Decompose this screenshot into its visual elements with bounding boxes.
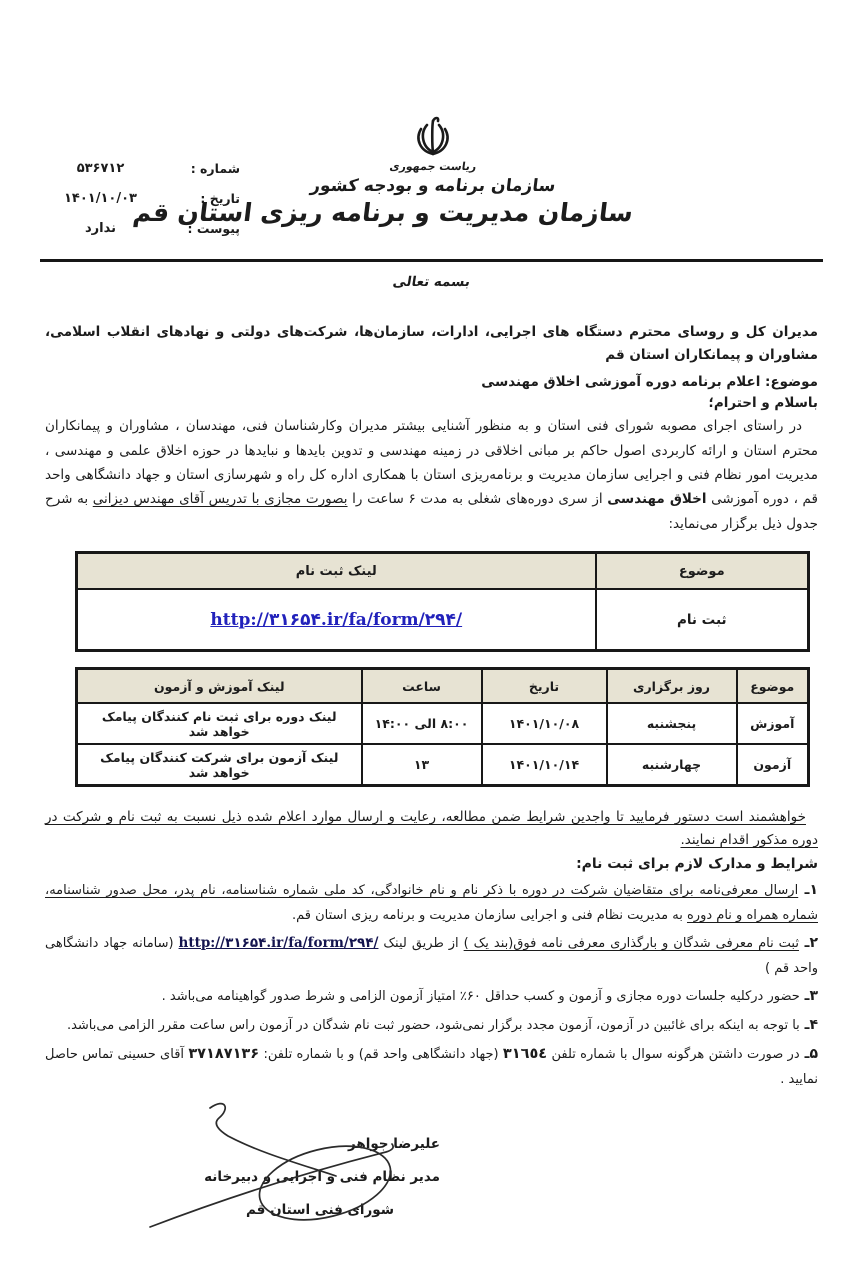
exam-subject: آزمون (737, 744, 809, 785)
col-header-day: روز برگزاری (607, 668, 737, 703)
item1-number: ۱ـ (798, 882, 818, 898)
item2-mid: از طریق لینک (378, 936, 463, 951)
item3-number: ۳ـ (800, 988, 818, 1004)
registration-link-cell: http://۳۱۶۵۴.ir/fa/form/۲۹۴/ (77, 589, 596, 650)
request-paragraph: خواهشمند است دستور فرمایید تا واجدین شرا… (45, 806, 818, 852)
letter-body: مدیران کل و روسای محترم دستگاه های اجرای… (45, 321, 818, 1095)
col-header-date: تاریخ (482, 668, 607, 703)
signature-block: علیرضا جواهر مدیر نظام فنی و اجرایی و دب… (150, 1128, 440, 1227)
signer-title-line2: شورای فنی استان قم (150, 1194, 440, 1227)
registration-subject-cell: ثبت نام (596, 589, 809, 650)
schedule-header-row: موضوع روز برگزاری تاریخ ساعت لینک آموزش … (77, 668, 809, 703)
exam-time: ۱۳ (362, 744, 482, 785)
recipient-line: مدیران کل و روسای محترم دستگاه های اجرای… (45, 321, 818, 367)
requirement-item-2: ۲ـ ثبت نام معرفی شدگان و بارگذاری معرفی … (45, 931, 818, 981)
col-header-subject: موضوع (596, 552, 809, 589)
body-mid: از سری دوره‌های شغلی به مدت ۶ ساعت را (348, 491, 608, 507)
item2-number: ۲ـ (799, 935, 818, 951)
schedule-row-training: آموزش پنجشنبه ۱۴۰۱/۱۰/۰۸ ۸:۰۰ الی ۱۴:۰۰ … (77, 703, 809, 744)
item5-phone-hosseini: ۳۷۱۸۷۱۳۶ (188, 1046, 259, 1062)
col-header-subject: موضوع (737, 668, 809, 703)
registration-header-row: موضوع لینک ثبت نام (77, 552, 809, 589)
subject-course-name: اخلاق مهندسی (481, 374, 580, 390)
schedule-table: موضوع روز برگزاری تاریخ ساعت لینک آموزش … (75, 667, 810, 787)
training-subject: آموزش (737, 703, 809, 744)
number-value: ۵۳۶۷۱۲ (48, 161, 153, 176)
signer-name: علیرضا جواهر (150, 1128, 440, 1161)
registration-data-row: ثبت نام http://۳۱۶۵۴.ir/fa/form/۲۹۴/ (77, 589, 809, 650)
signer-title-line1: مدیر نظام فنی و اجرایی و دبیرخانه (150, 1161, 440, 1194)
col-header-registration-link: لینک ثبت نام (77, 552, 596, 589)
item2-underlined: ثبت نام معرفی شدگان و بارگذاری معرفی نام… (464, 936, 799, 951)
item2-registration-url-link[interactable]: http://۳۱۶۵۴.ir/fa/form/۲۹۴/ (179, 935, 379, 951)
iran-national-emblem-icon (410, 112, 456, 158)
training-link-note: لینک دوره برای ثبت نام کنندگان پیامک خوا… (77, 703, 362, 744)
item1-rest: به مدیریت نظام فنی و اجرایی سازمان مدیری… (292, 908, 687, 923)
item5-number: ۵ـ (800, 1046, 818, 1062)
item5-pre: در صورت داشتن هرگونه سوال با شماره تلفن (547, 1047, 799, 1062)
item4-number: ۴ـ (800, 1017, 818, 1033)
requirement-item-4: ۴ـ با توجه به اینکه برای غائبین در آزمون… (45, 1013, 818, 1039)
schedule-row-exam: آزمون چهارشنبه ۱۴۰۱/۱۰/۱۴ ۱۳ لینک آزمون … (77, 744, 809, 785)
subject-prefix: موضوع: اعلام برنامه دوره آموزشی (580, 374, 818, 390)
body-virtual-note: بصورت مجازی با تدریس آقای مهندس دیزانی (93, 491, 348, 507)
org-qom-management: سازمان مدیریت و برنامه ریزی استان قم (231, 198, 635, 227)
col-header-time: ساعت (362, 668, 482, 703)
item3-text: حضور درکلیه جلسات دوره مجازی و آزمون و ک… (162, 989, 800, 1004)
registration-table: موضوع لینک ثبت نام ثبت نام http://۳۱۶۵۴.… (75, 551, 810, 652)
letter-page: شماره : ۵۳۶۷۱۲ تاریخ : ۱۴۰۱/۱۰/۰۳ پیوست … (0, 0, 863, 1280)
exam-link-note: لینک آزمون برای شرکت کنندگان پیامک خواهد… (77, 744, 362, 785)
exam-day: چهارشنبه (607, 744, 737, 785)
meta-number-row: شماره : ۵۳۶۷۱۲ (48, 153, 240, 183)
exam-date: ۱۴۰۱/۱۰/۱۴ (482, 744, 607, 785)
org-plan-budget: سازمان برنامه و بودجه کشور (232, 176, 634, 196)
body-paragraph: در راستای اجرای مصوبه شورای فنی استان و … (45, 414, 818, 535)
besmele-text: بسمه تعالی (0, 274, 863, 290)
requirement-item-1: ۱ـ ارسال معرفی‌نامه برای متقاضیان شرکت د… (45, 878, 818, 928)
header-divider (40, 259, 823, 262)
subject-line: موضوع: اعلام برنامه دوره آموزشی اخلاق مه… (45, 372, 818, 394)
registration-url-link[interactable]: http://۳۱۶۵۴.ir/fa/form/۲۹۴/ (210, 610, 462, 630)
request-text: خواهشمند است دستور فرمایید تا واجدین شرا… (45, 809, 818, 848)
requirement-item-5: ۵ـ در صورت داشتن هرگونه سوال با شماره تل… (45, 1041, 818, 1092)
requirement-item-3: ۳ـ حضور درکلیه جلسات دوره مجازی و آزمون … (45, 984, 818, 1010)
item4-text: با توجه به اینکه برای غائبین در آزمون، آ… (67, 1018, 800, 1033)
salutation-line: باسلام و احترام؛ (45, 395, 818, 411)
training-day: پنجشنبه (607, 703, 737, 744)
org-presidency: ریاست جمهوری (232, 160, 634, 173)
training-date: ۱۴۰۱/۱۰/۰۸ (482, 703, 607, 744)
letterhead: ریاست جمهوری سازمان برنامه و بودجه کشور … (233, 112, 633, 227)
col-header-link: لینک آموزش و آزمون (77, 668, 362, 703)
training-time: ۸:۰۰ الی ۱۴:۰۰ (362, 703, 482, 744)
body-course-name: اخلاق مهندسی (607, 491, 706, 507)
item5-phone-jahad: ٣١٦٥٤ (503, 1046, 547, 1062)
item5-mid: (جهاد دانشگاهی واحد قم) و با شماره تلفن: (259, 1047, 503, 1062)
requirements-heading: شرایط و مدارک لازم برای ثبت نام: (45, 856, 818, 872)
